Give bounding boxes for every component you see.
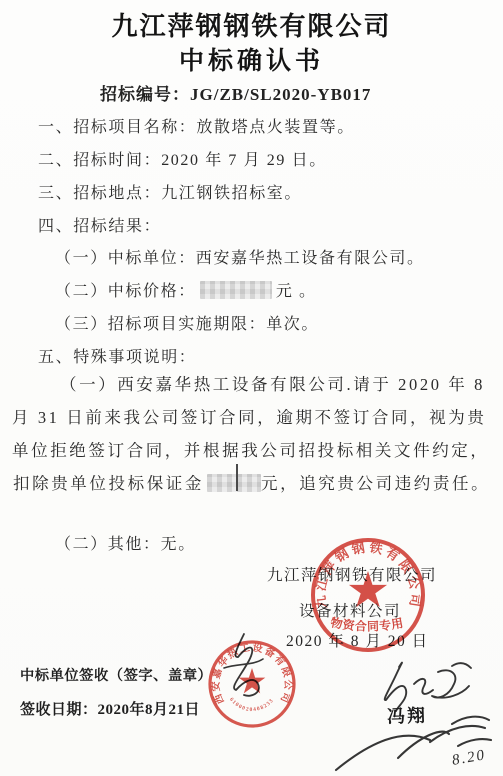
result-price-label: （二）中标价格： bbox=[55, 283, 196, 300]
handwritten-date-note: 8.20 bbox=[451, 747, 488, 770]
redacted-price-value bbox=[200, 281, 272, 299]
special-note-line-2: 月 31 日前来我公司签订合同，逾期不签订合同，视为贵 bbox=[12, 404, 486, 428]
issuer-company-seal: 九江萍钢钢铁有限公司 物资合同专用章 bbox=[306, 533, 430, 657]
bid-number: 招标编号：JG/ZB/SL2020-YB017 bbox=[100, 80, 371, 105]
redacted-deposit-value bbox=[207, 474, 261, 492]
star-icon bbox=[349, 571, 387, 607]
special-note-line-3: 单位拒绝签订合同，并根据我公司招投标相关文件约定， bbox=[12, 437, 490, 461]
star-icon bbox=[239, 668, 266, 693]
result-price: （二）中标价格：元 。 bbox=[55, 278, 317, 301]
special-note-other: （二）其他：无。 bbox=[55, 531, 196, 554]
scan-artifact-line bbox=[236, 464, 238, 491]
result-price-unit: 元 。 bbox=[276, 283, 317, 300]
special-note-line-4: 扣除贵单位投标保证金元，追究贵公司违约责任。 bbox=[13, 470, 490, 494]
handwritten-name: 冯翔 bbox=[387, 701, 428, 728]
special-note-line-1: （一）西安嘉华热工设备有限公司.请于 2020 年 8 bbox=[60, 371, 485, 395]
item-project-name: 一、招标项目名称：放散塔点火装置等。 bbox=[38, 114, 355, 137]
svg-text:6100020408233: 6100020408233 bbox=[228, 697, 275, 713]
seal-serial-number: 6100020408233 bbox=[228, 697, 275, 713]
receipt-date: 签收日期：2020年8月21日 bbox=[20, 698, 200, 719]
item-bid-time: 二、招标时间：2020 年 7 月 29 日。 bbox=[38, 147, 327, 170]
item-bid-result: 四、招标结果： bbox=[38, 213, 161, 236]
deposit-text-prefix: 扣除贵单位投标保证金 bbox=[13, 474, 204, 493]
document-title: 中标确认书 bbox=[0, 41, 503, 77]
deposit-text-suffix: 元，追究贵公司违约责任。 bbox=[261, 474, 490, 493]
result-term: （三）招标项目实施期限：单次。 bbox=[55, 311, 319, 334]
receipt-sign-label: 中标单位签收（签字、盖章） bbox=[20, 665, 212, 685]
item-bid-location: 三、招标地点：九江钢铁招标室。 bbox=[38, 180, 302, 203]
company-title: 九江萍钢钢铁有限公司 bbox=[0, 6, 503, 43]
winner-company-seal: 西安嘉华热工设备有限公司 6100020408233 bbox=[205, 637, 299, 731]
item-special-notes: 五、特殊事项说明： bbox=[38, 344, 196, 367]
result-winner: （一）中标单位：西安嘉华热工设备有限公司。 bbox=[55, 245, 425, 268]
scanned-document: 九江萍钢钢铁有限公司 中标确认书 招标编号：JG/ZB/SL2020-YB017… bbox=[0, 0, 503, 776]
